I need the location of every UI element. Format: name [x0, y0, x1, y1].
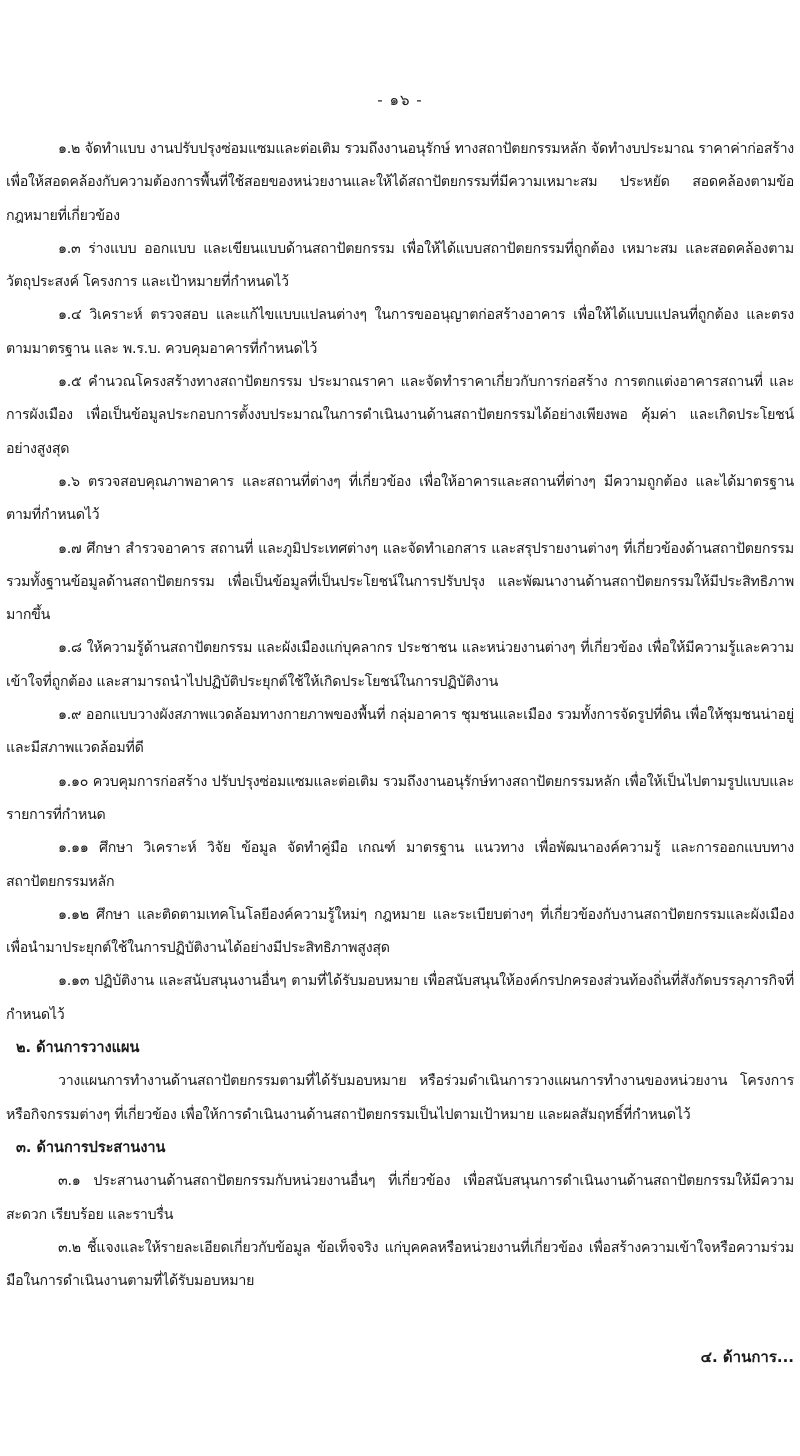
item-1-9: ๑.๙ ออกแบบวางผังสภาพแวดล้อมทางกายภาพของพ…: [6, 699, 794, 766]
document-body: ๑.๒ จัดทำแบบ งานปรับปรุงซ่อมแซมและต่อเติ…: [6, 133, 794, 1298]
next-page-marker: ๔. ด้านการ...: [701, 1345, 794, 1369]
item-1-12: ๑.๑๒ ศึกษา และติดตามเทคโนโลยีองค์ความรู้…: [6, 899, 794, 966]
section-3-heading: ๓. ด้านการประสานงาน: [6, 1132, 794, 1165]
item-1-11: ๑.๑๑ ศึกษา วิเคราะห์ วิจัย ข้อมูล จัดทำค…: [6, 832, 794, 899]
item-1-4: ๑.๔ วิเคราะห์ ตรวจสอบ และแก้ไขแบบแปลนต่า…: [6, 299, 794, 366]
item-1-8: ๑.๘ ให้ความรู้ด้านสถาปัตยกรรม และผังเมือ…: [6, 632, 794, 699]
item-1-2: ๑.๒ จัดทำแบบ งานปรับปรุงซ่อมแซมและต่อเติ…: [6, 133, 794, 233]
item-1-6: ๑.๖ ตรวจสอบคุณภาพอาคาร และสถานที่ต่างๆ ท…: [6, 466, 794, 533]
item-1-5: ๑.๕ คำนวณโครงสร้างทางสถาปัตยกรรม ประมาณร…: [6, 366, 794, 466]
item-3-2: ๓.๒ ชี้แจงและให้รายละเอียดเกี่ยวกับข้อมู…: [6, 1232, 794, 1299]
item-1-3: ๑.๓ ร่างแบบ ออกแบบ และเขียนแบบด้านสถาปัต…: [6, 233, 794, 300]
section-2-heading: ๒. ด้านการวางแผน: [6, 1032, 794, 1065]
item-1-13: ๑.๑๓ ปฏิบัติงาน และสนับสนุนงานอื่นๆ ตามท…: [6, 965, 794, 1032]
item-3-1: ๓.๑ ประสานงานด้านสถาปัตยกรรมกับหน่วยงานอ…: [6, 1165, 794, 1232]
item-1-10: ๑.๑๐ ควบคุมการก่อสร้าง ปรับปรุงซ่อมแซมแล…: [6, 766, 794, 833]
page-number: - ๑๖ -: [0, 88, 800, 112]
item-1-7: ๑.๗ ศึกษา สำรวจอาคาร สถานที่ และภูมิประเ…: [6, 533, 794, 633]
section-2-text: วางแผนการทำงานด้านสถาปัตยกรรมตามที่ได้รั…: [6, 1065, 794, 1132]
